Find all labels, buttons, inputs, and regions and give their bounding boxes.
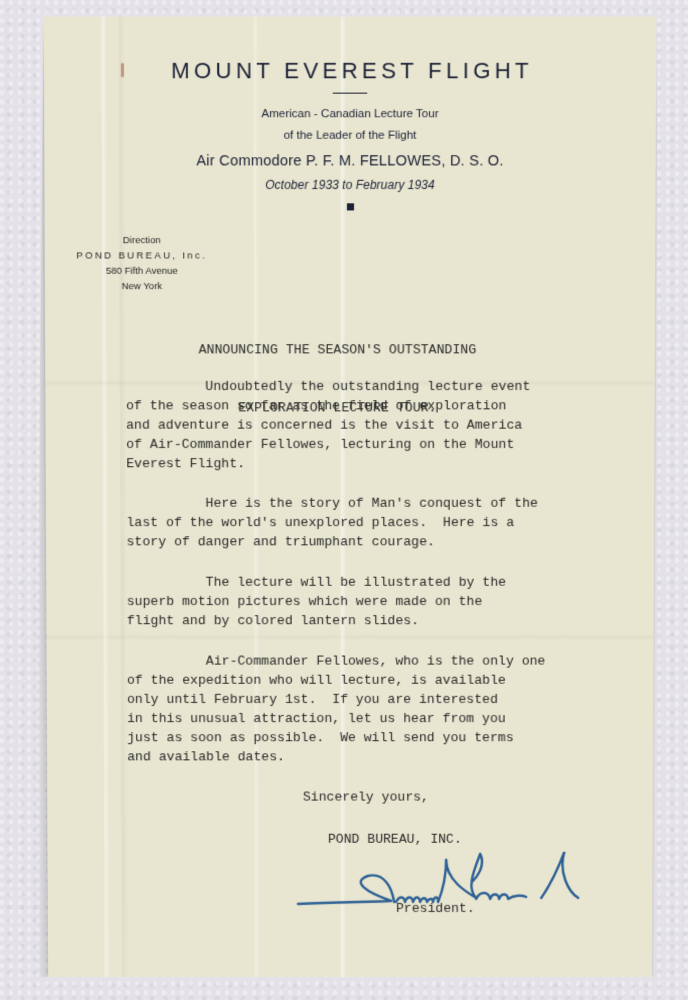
- direction-company: POND BUREAU, Inc.: [71, 248, 213, 263]
- letterhead-title: MOUNT EVEREST FLIGHT: [48, 58, 656, 85]
- paragraph-3: The lecture will be illustrated by the s…: [127, 573, 506, 631]
- paragraph-1: Undoubtedly the outstanding lecture even…: [126, 377, 530, 474]
- direction-city: New York: [71, 279, 212, 294]
- paragraph-4: Air-Commander Fellowes, who is the only …: [127, 651, 545, 766]
- heading-line-1: ANNOUNCING THE SEASON'S OUTSTANDING: [199, 340, 477, 359]
- paragraph-2: Here is the story of Man's conquest of t…: [126, 494, 538, 552]
- direction-block: Direction POND BUREAU, Inc. 580 Fifth Av…: [71, 233, 213, 294]
- letterhead-leader: Air Commodore P. F. M. FELLOWES, D. S. O…: [44, 153, 655, 169]
- title-rule: [333, 93, 367, 94]
- letterhead-subtitle-1: American - Canadian Lecture Tour: [44, 104, 656, 126]
- signer-title: President.: [396, 899, 475, 918]
- square-bullet-icon: [346, 203, 353, 210]
- direction-street: 580 Fifth Avenue: [71, 264, 213, 279]
- closing: Sincerely yours,: [303, 788, 429, 807]
- direction-label: Direction: [71, 233, 213, 248]
- letter-sheet: MOUNT EVEREST FLIGHT American - Canadian…: [44, 17, 657, 977]
- signature-company: POND BUREAU, INC.: [328, 830, 462, 849]
- letterhead: MOUNT EVEREST FLIGHT American - Canadian…: [44, 58, 656, 211]
- letterhead-subtitle-2: of the Leader of the Flight: [44, 125, 656, 147]
- letterhead-dates: October 1933 to February 1934: [44, 178, 655, 192]
